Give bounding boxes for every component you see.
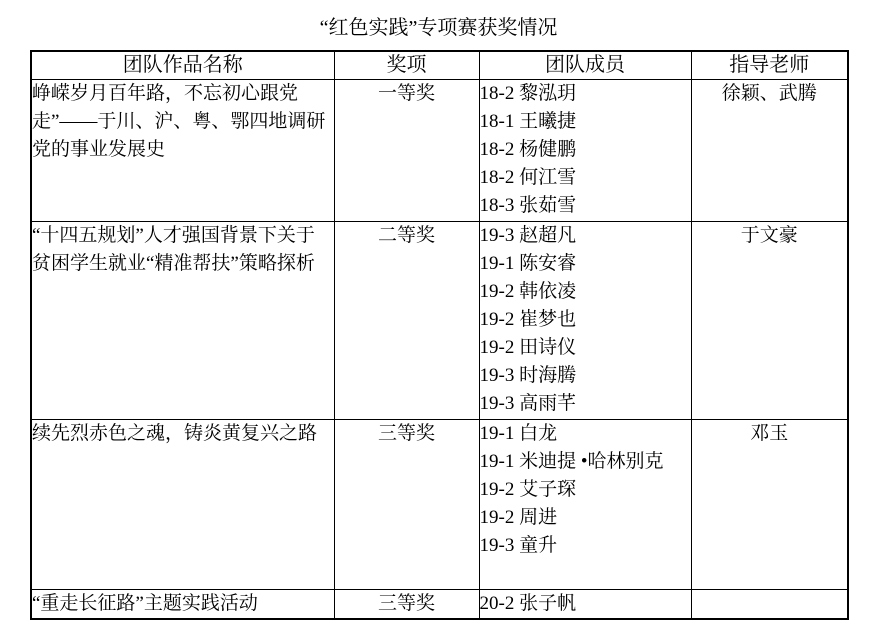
work-name-cell: 续先烈赤色之魂，铸炎黄复兴之路 (31, 419, 334, 589)
header-advisor: 指导老师 (691, 51, 848, 79)
member-entry: 19-3 高雨芊 (480, 390, 691, 418)
member-entry: 19-2 周进 (480, 504, 691, 532)
member-entry: 18-2 杨健鹏 (480, 136, 691, 164)
advisor-cell: 徐颖、武腾 (691, 79, 848, 221)
member-entry: 19-3 时海腾 (480, 362, 691, 390)
members-cell: 18-2 黎泓玥 18-1 王曦捷 18-2 杨健鹏 18-2 何江雪 18-3… (479, 79, 691, 221)
member-entry: 18-2 何江雪 (480, 164, 691, 192)
award-cell: 三等奖 (334, 419, 479, 589)
award-cell: 一等奖 (334, 79, 479, 221)
member-entry: 19-2 田诗仪 (480, 334, 691, 362)
advisor-cell: 邓玉 (691, 419, 848, 589)
member-entry: 19-3 童升 (480, 532, 691, 560)
advisor-cell (691, 589, 848, 619)
table-row: 续先烈赤色之魂，铸炎黄复兴之路 三等奖 19-1 白龙 19-1 米迪提 •哈林… (31, 419, 848, 589)
header-members: 团队成员 (479, 51, 691, 79)
member-entry: 19-2 崔梦也 (480, 306, 691, 334)
member-entry: 18-1 王曦捷 (480, 108, 691, 136)
table-row: “重走长征路”主题实践活动 三等奖 20-2 张子帆 (31, 589, 848, 619)
document-page: “红色实践”专项赛获奖情况 团队作品名称 奖项 团队成员 指导老师 峥嵘岁月百年… (0, 0, 876, 639)
member-entry: 18-3 张茹雪 (480, 192, 691, 220)
work-name-cell: “重走长征路”主题实践活动 (31, 589, 334, 619)
advisor-cell: 于文豪 (691, 221, 848, 419)
members-cell: 20-2 张子帆 (479, 589, 691, 619)
member-entry: 20-2 张子帆 (480, 590, 691, 618)
award-cell: 三等奖 (334, 589, 479, 619)
header-work-name: 团队作品名称 (31, 51, 334, 79)
document-title: “红色实践”专项赛获奖情况 (30, 14, 847, 42)
awards-table: 团队作品名称 奖项 团队成员 指导老师 峥嵘岁月百年路，不忘初心跟党走”——于川… (30, 50, 849, 620)
member-entry: 19-2 艾子琛 (480, 476, 691, 504)
member-entry: 19-1 米迪提 •哈林别克 (480, 448, 691, 476)
table-header-row: 团队作品名称 奖项 团队成员 指导老师 (31, 51, 848, 79)
award-cell: 二等奖 (334, 221, 479, 419)
table-row: “十四五规划”人才强国背景下关于贫困学生就业“精准帮扶”策略探析 二等奖 19-… (31, 221, 848, 419)
work-name-cell: “十四五规划”人才强国背景下关于贫困学生就业“精准帮扶”策略探析 (31, 221, 334, 419)
members-cell: 19-1 白龙 19-1 米迪提 •哈林别克 19-2 艾子琛 19-2 周进 … (479, 419, 691, 589)
member-entry: 19-1 白龙 (480, 420, 691, 448)
member-entry: 19-1 陈安睿 (480, 250, 691, 278)
members-cell: 19-3 赵超凡 19-1 陈安睿 19-2 韩依凌 19-2 崔梦也 19-2… (479, 221, 691, 419)
table-row: 峥嵘岁月百年路，不忘初心跟党走”——于川、沪、粤、鄂四地调研党的事业发展史 一等… (31, 79, 848, 221)
member-entry: 19-3 赵超凡 (480, 222, 691, 250)
member-entry: 19-2 韩依凌 (480, 278, 691, 306)
header-award: 奖项 (334, 51, 479, 79)
member-entry: 18-2 黎泓玥 (480, 80, 691, 108)
work-name-cell: 峥嵘岁月百年路，不忘初心跟党走”——于川、沪、粤、鄂四地调研党的事业发展史 (31, 79, 334, 221)
